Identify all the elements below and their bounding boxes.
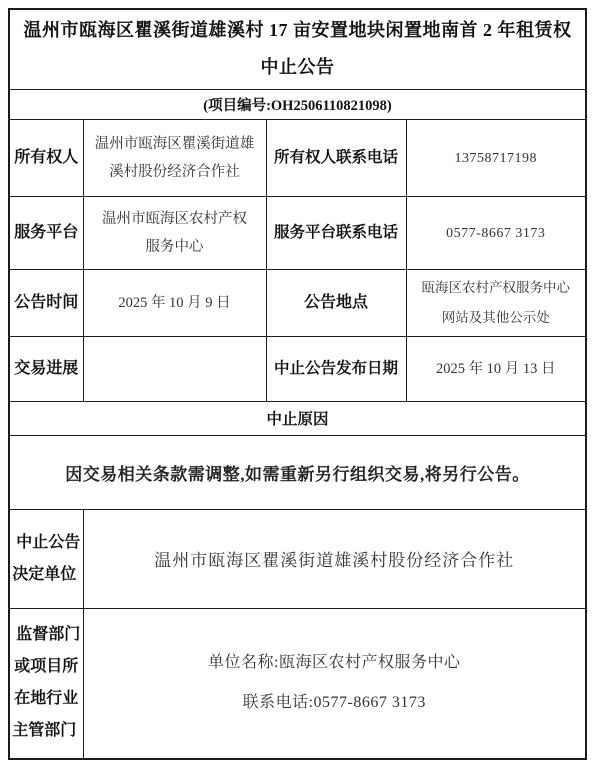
supervisor-unit-line: 单位名称:瓯海区农村产权服务中心 xyxy=(84,643,586,683)
publish-date-label-cell: 中止公告发布日期 xyxy=(266,336,406,401)
announce-time-value-cell: 2025 年 10 月 9 日 xyxy=(83,269,266,336)
publish-date-label: 中止公告发布日期 xyxy=(270,360,402,377)
owner-value-cell: 温州市瓯海区瞿溪街道雄 溪村股份经济合作社 xyxy=(83,119,266,196)
supervisor-value-cell: 单位名称:瓯海区农村产权服务中心 联系电话:0577-8667 3173 xyxy=(83,608,586,759)
project-number-cell: (项目编号:OH2506110821098) xyxy=(9,89,586,119)
publish-date-value: 2025 年 10 月 13 日 xyxy=(428,361,564,377)
project-number-row: (项目编号:OH2506110821098) xyxy=(9,89,586,119)
progress-value xyxy=(167,361,183,377)
platform-phone-label: 服务平台联系电话 xyxy=(270,224,402,241)
progress-row: 交易进展 中止公告发布日期 2025 年 10 月 13 日 xyxy=(9,336,586,401)
title-row: 温州市瓯海区瞿溪街道雄溪村 17 亩安置地块闲置地南首 2 年租赁权 中止公告 xyxy=(9,9,586,89)
supervisor-label-cell: 监督部门或项目所在地行业主管部门 xyxy=(9,608,83,759)
supervisor-row: 监督部门或项目所在地行业主管部门 单位名称:瓯海区农村产权服务中心 联系电话:0… xyxy=(9,608,586,759)
decider-label-cell: 中止公告决定单位 xyxy=(9,509,83,608)
platform-phone-value: 0577-8667 3173 xyxy=(446,226,545,241)
announce-place-label-cell: 公告地点 xyxy=(266,269,406,336)
supervisor-label: 监督部门或项目所在地行业主管部门 xyxy=(12,626,80,739)
decider-value-cell: 温州市瓯海区瞿溪街道雄溪村股份经济合作社 xyxy=(83,509,586,608)
decider-label: 中止公告决定单位 xyxy=(12,534,80,583)
owner-phone-label: 所有权人联系电话 xyxy=(270,149,402,166)
owner-label-cell: 所有权人 xyxy=(9,119,83,196)
decider-value: 温州市瓯海区瞿溪街道雄溪村股份经济合作社 xyxy=(154,551,514,570)
page-title: 温州市瓯海区瞿溪街道雄溪村 17 亩安置地块闲置地南首 2 年租赁权 中止公告 xyxy=(9,9,586,89)
owner-row: 所有权人 温州市瓯海区瞿溪街道雄 溪村股份经济合作社 所有权人联系电话 1375… xyxy=(9,119,586,196)
platform-label: 服务平台 xyxy=(10,224,82,241)
publish-date-value-cell: 2025 年 10 月 13 日 xyxy=(406,336,586,401)
announce-place-line-2: 网站及其他公示处 xyxy=(407,303,586,333)
platform-row: 服务平台 温州市瓯海区农村产权 服务中心 服务平台联系电话 0577-8667 … xyxy=(9,196,586,269)
announce-row: 公告时间 2025 年 10 月 9 日 公告地点 瓯海区农村产权服务中心 网站… xyxy=(9,269,586,336)
platform-phone-label-cell: 服务平台联系电话 xyxy=(266,196,406,269)
platform-value-cell: 温州市瓯海区农村产权 服务中心 xyxy=(83,196,266,269)
reason-header: 中止原因 xyxy=(266,411,328,428)
announcement-table: 温州市瓯海区瞿溪街道雄溪村 17 亩安置地块闲置地南首 2 年租赁权 中止公告 … xyxy=(8,8,587,760)
owner-phone-value: 13758717198 xyxy=(455,151,538,166)
platform-phone-cell: 0577-8667 3173 xyxy=(406,196,586,269)
owner-value-line-2: 溪村股份经济合作社 xyxy=(84,158,266,186)
page-title-line-2: 中止公告 xyxy=(20,49,575,86)
platform-value-line-1: 温州市瓯海区农村产权 xyxy=(84,205,266,233)
progress-label-cell: 交易进展 xyxy=(9,336,83,401)
progress-label: 交易进展 xyxy=(10,360,82,377)
progress-value-cell xyxy=(83,336,266,401)
announce-time-value: 2025 年 10 月 9 日 xyxy=(110,295,238,311)
supervisor-phone-line: 联系电话:0577-8667 3173 xyxy=(84,683,586,723)
owner-phone-label-cell: 所有权人联系电话 xyxy=(266,119,406,196)
announce-place-value-cell: 瓯海区农村产权服务中心 网站及其他公示处 xyxy=(406,269,586,336)
reason-row: 因交易相关条款需调整,如需重新另行组织交易,将另行公告。 xyxy=(9,435,586,509)
announce-place-label: 公告地点 xyxy=(300,294,372,311)
announce-time-label-cell: 公告时间 xyxy=(9,269,83,336)
announce-place-line-1: 瓯海区农村产权服务中心 xyxy=(407,273,586,303)
project-number: (项目编号:OH2506110821098) xyxy=(203,98,392,114)
announce-time-label: 公告时间 xyxy=(10,294,82,311)
owner-value-line-1: 温州市瓯海区瞿溪街道雄 xyxy=(84,130,266,158)
reason-header-row: 中止原因 xyxy=(9,401,586,435)
owner-label: 所有权人 xyxy=(10,149,82,166)
decider-row: 中止公告决定单位 温州市瓯海区瞿溪街道雄溪村股份经济合作社 xyxy=(9,509,586,608)
reason-content-cell: 因交易相关条款需调整,如需重新另行组织交易,将另行公告。 xyxy=(9,435,586,509)
page-title-line-1: 温州市瓯海区瞿溪街道雄溪村 17 亩安置地块闲置地南首 2 年租赁权 xyxy=(20,12,575,49)
platform-label-cell: 服务平台 xyxy=(9,196,83,269)
owner-phone-cell: 13758717198 xyxy=(406,119,586,196)
reason-header-cell: 中止原因 xyxy=(9,401,586,435)
reason-text: 因交易相关条款需调整,如需重新另行组织交易,将另行公告。 xyxy=(65,465,530,484)
platform-value-line-2: 服务中心 xyxy=(84,233,266,261)
